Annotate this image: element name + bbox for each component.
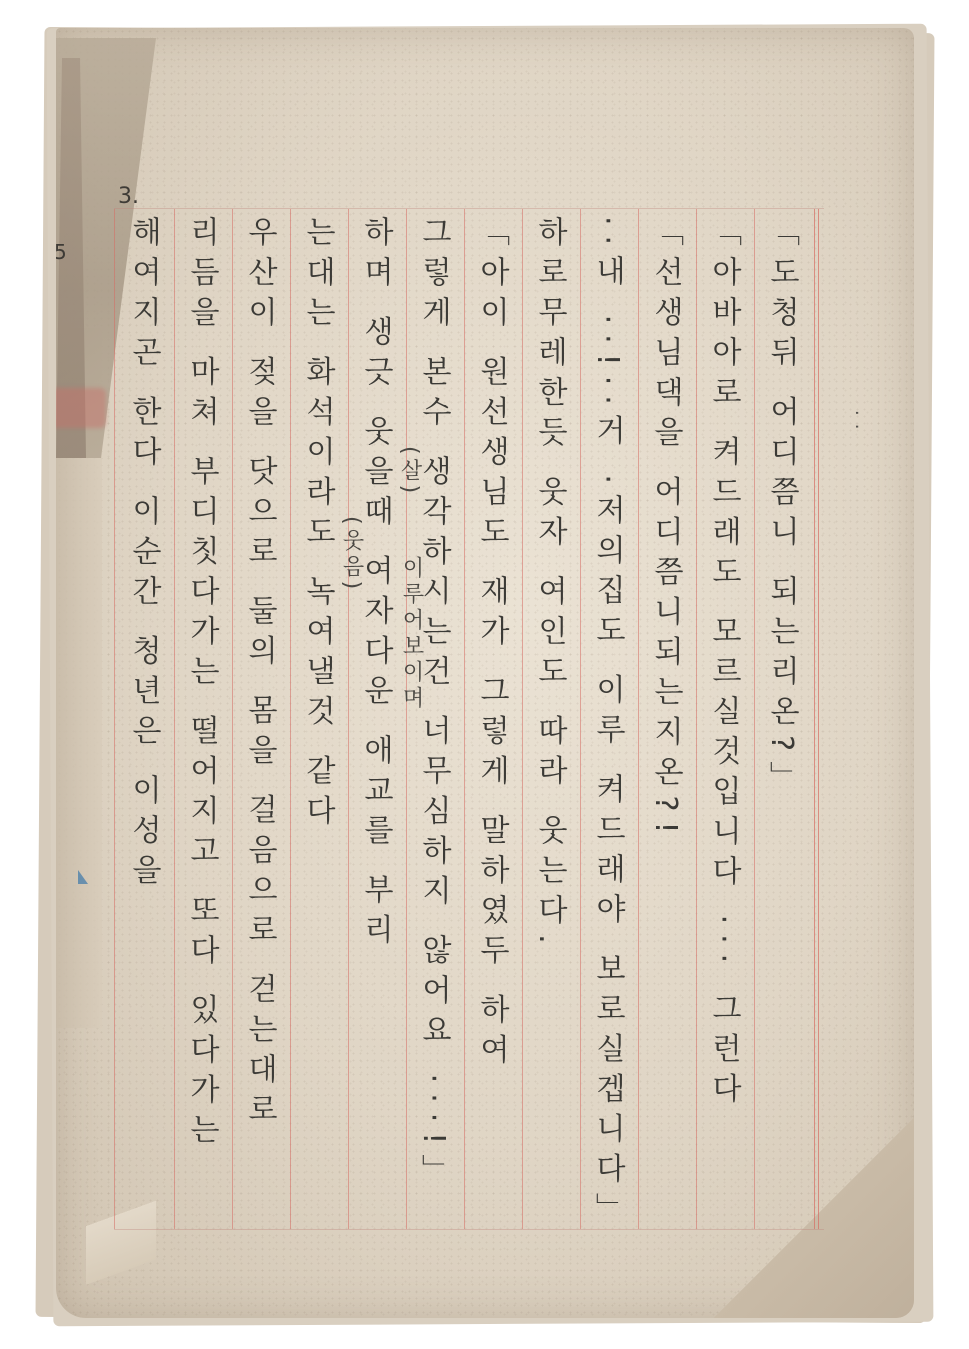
text-columns: 「도청뒤 어디쯤니 되는리온?」 「아바아로 켜드래도 모르실것입니다 ··· … xyxy=(114,216,824,1236)
text-column-9: 는대는 화석이라도 녹여낼것 같다 xyxy=(302,216,332,835)
text-column-12: 해여지곤 한다 이순간 청년은 이성을 xyxy=(128,216,158,894)
insertion-note: 이루어보이며 xyxy=(400,556,422,712)
text-column-10: 우산이 젖을 닷으로 둘의 몸을 걸음으로 걷는대로 xyxy=(244,216,274,1133)
red-stain xyxy=(56,388,106,428)
manuscript-page: 3. 5 ·· 「도청뒤 어디쯤니 되는리온?」 「아바아로 켜드래도 모르실것… xyxy=(56,28,914,1318)
text-column-6: 「아이 원선생님도 재가 그렇게 말하였두 하여 xyxy=(476,216,506,1074)
scan-stage: 3. 5 ·· 「도청뒤 어디쯤니 되는리온?」 「아바아로 켜드래도 모르실것… xyxy=(0,0,969,1349)
insertion-note: (웃음) xyxy=(340,516,362,593)
text-column-3: 「선생님댁을 어디쯤니되는지온?! xyxy=(650,216,680,844)
insertion-note: (살) xyxy=(398,446,420,497)
text-column-5: 하로무레한듯 웃자 여인도 따라 웃는다. xyxy=(534,216,564,954)
text-column-4: ··내 ··!··거 ·저의집도 이루 켜드래야 보로실겝니다」 xyxy=(592,216,622,1232)
text-column-1: 「도청뒤 어디쯤니 되는리온?」 xyxy=(766,216,796,801)
page-number-side-mark: 5 xyxy=(56,240,67,264)
margin-dots: ·· xyxy=(846,410,867,437)
text-column-2: 「아바아로 켜드래도 모르실것입니다 ··· 그런다 xyxy=(708,216,738,1113)
text-column-11: 리듬을 마쳐 부디칫다가는 떨어지고 또다 있다가는 xyxy=(186,216,216,1154)
page-number-mark: 3. xyxy=(118,184,139,209)
text-column-8: 하며 생긋 웃을때 여자다운 애교를 부리 xyxy=(360,216,390,954)
